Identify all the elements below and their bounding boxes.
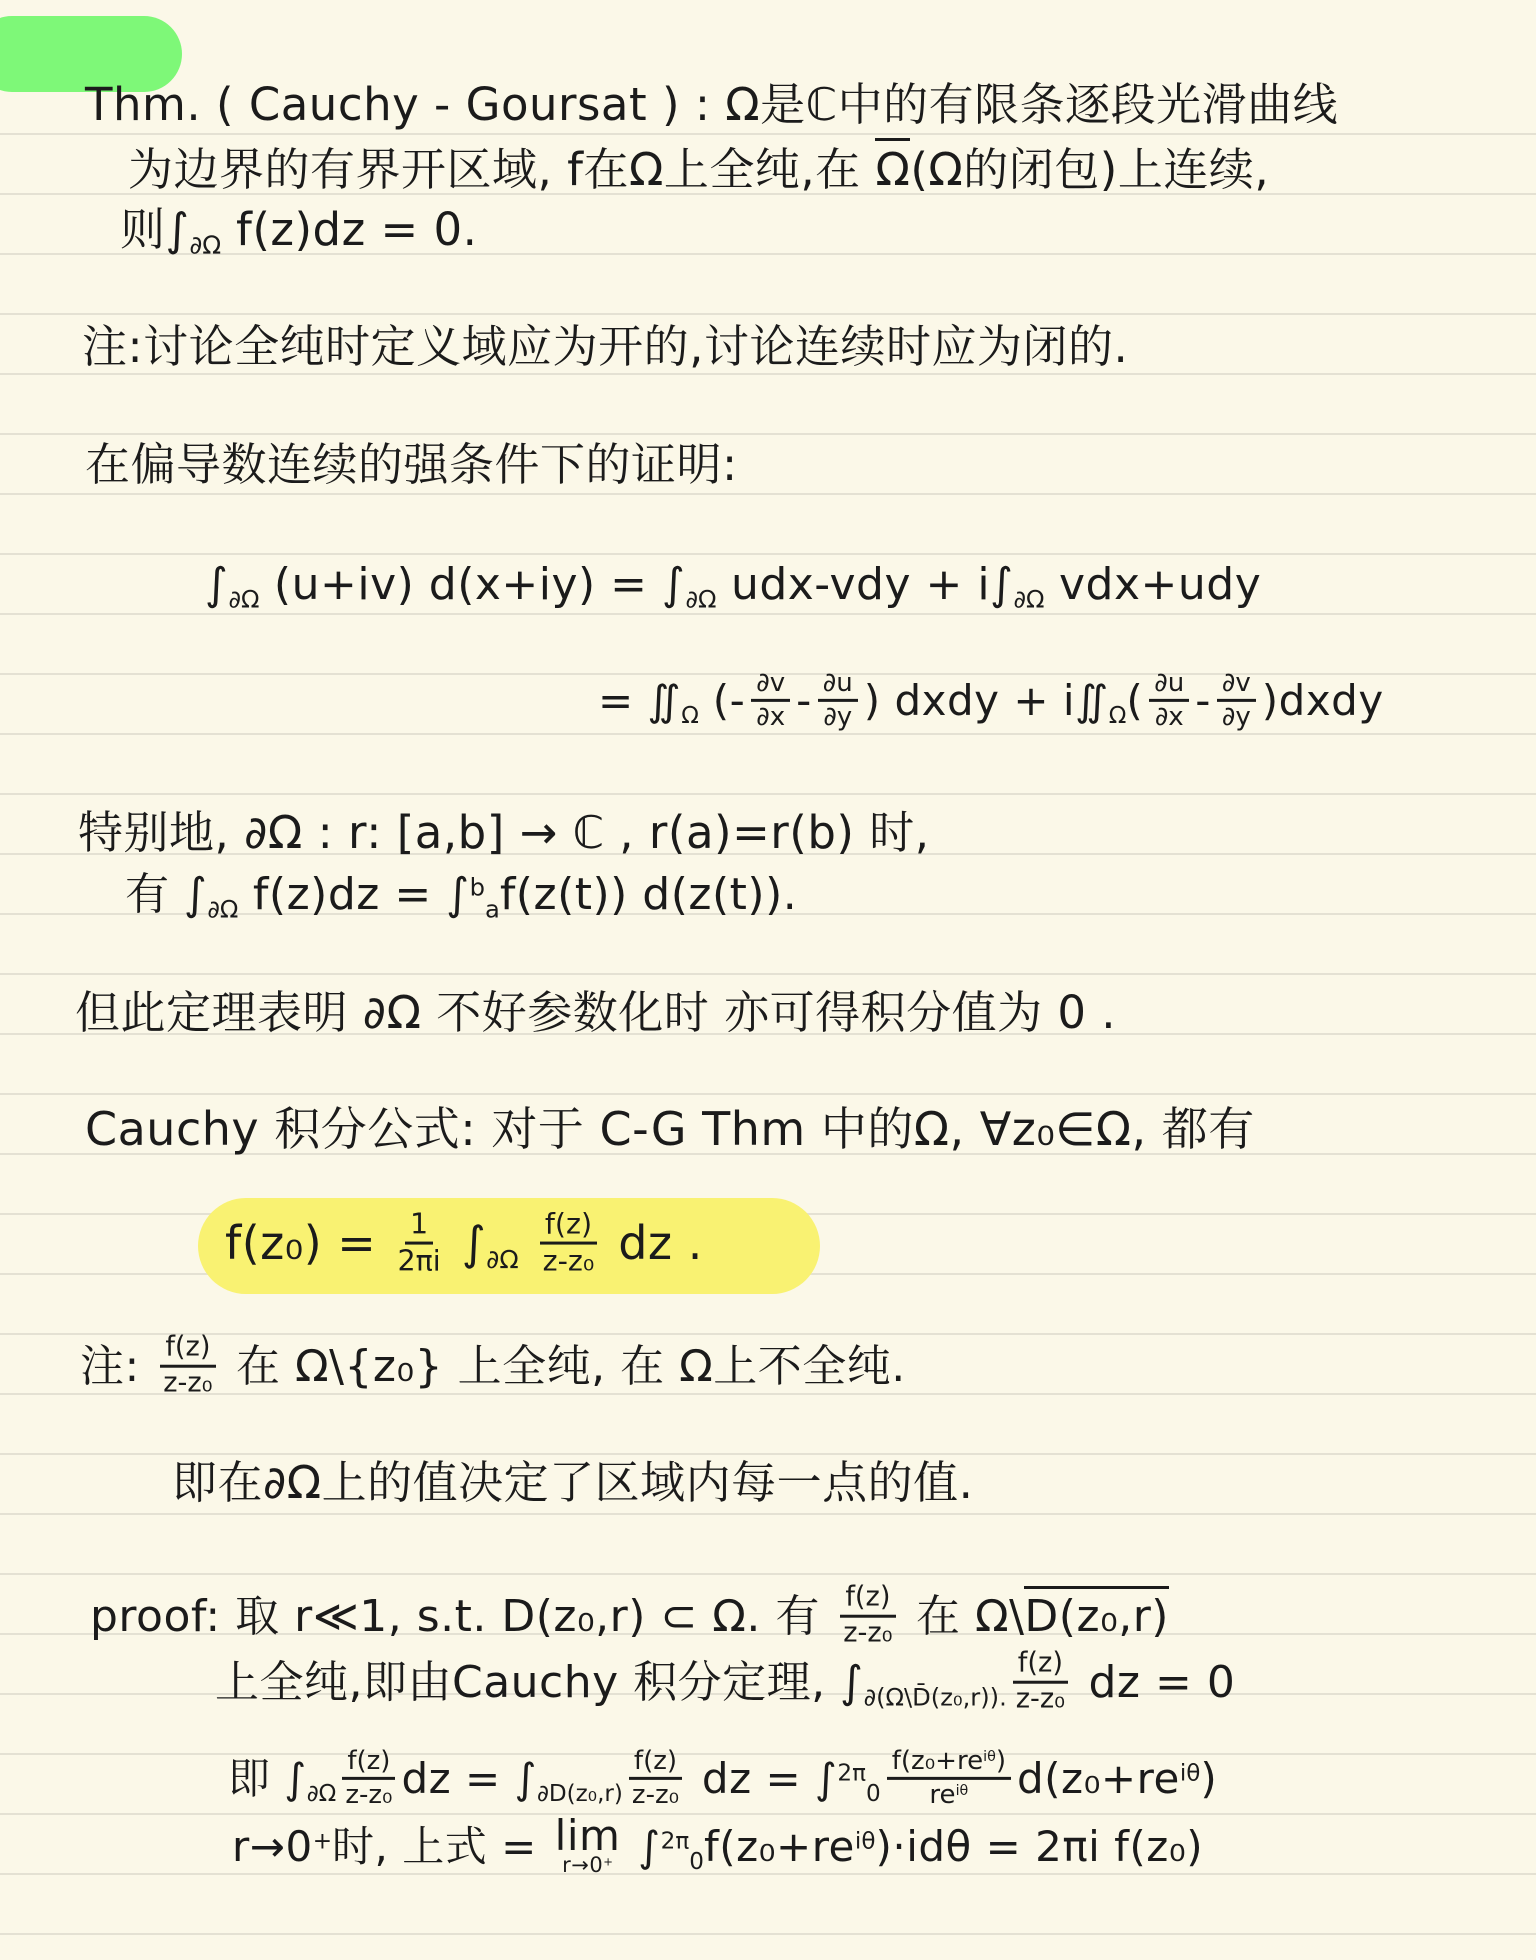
math-text: 在 Ω\{z₀} 上全纯, 在 Ω上不全纯. bbox=[222, 1341, 906, 1392]
strong-condition-proof-intro: 在偏导数连续的强条件下的证明: bbox=[85, 436, 738, 495]
math-text: - bbox=[1195, 676, 1211, 725]
fraction: f(z)z-z₀ bbox=[160, 1333, 215, 1399]
fraction-numerator: ∂u bbox=[818, 669, 858, 702]
fraction-numerator: f(z) bbox=[540, 1209, 597, 1245]
math-text: Cauchy 积分公式: 对于 C-G Thm 中的Ω, ∀z₀∈Ω, 都有 bbox=[85, 1102, 1255, 1156]
remark-holomorphic-except-z0: 注: f(z)z-z₀ 在 Ω\{z₀} 上全纯, 在 Ω上不全纯. bbox=[80, 1336, 906, 1402]
fraction: f(z)z-z₀ bbox=[1013, 1649, 1068, 1715]
math-text: f(z₀) = bbox=[225, 1216, 391, 1270]
fraction-numerator: 1 bbox=[405, 1209, 433, 1245]
cauchy-integral-formula: f(z₀) = 12πi ∫∂Ω f(z)z-z₀ dz . bbox=[225, 1212, 703, 1281]
math-text: 在偏导数连续的强条件下的证明: bbox=[85, 438, 738, 491]
math-text: - bbox=[796, 676, 812, 725]
limit-subscript: r→0+ bbox=[562, 1856, 613, 1876]
parametrized-integral: 有 ∫∂Ω f(z)dz = ∫baf(z(t)) d(z(t)). bbox=[125, 866, 797, 926]
math-text: 但此定理表明 ∂Ω 不好参数化时 亦可得积分值为 0 . bbox=[75, 986, 1116, 1039]
cauchy-formula-intro: Cauchy 积分公式: 对于 C-G Thm 中的Ω, ∀z₀∈Ω, 都有 bbox=[85, 1100, 1255, 1160]
overline-closure: Ω bbox=[875, 138, 910, 196]
remark-unparametrizable: 但此定理表明 ∂Ω 不好参数化时 亦可得积分值为 0 . bbox=[75, 984, 1116, 1043]
thm-statement-2: 为边界的有界开区域, f在Ω上全纯,在 Ω(Ω的闭包)上连续, bbox=[128, 141, 1269, 200]
fraction: ∂u∂y bbox=[818, 669, 858, 732]
fraction: f(z₀+reiθ)reiθ bbox=[887, 1747, 1011, 1810]
proof-line-4: r→0+时, 上式 = limr→0+ ∫2π0f(z₀+reiθ)·idθ =… bbox=[232, 1820, 1203, 1880]
fraction-denominator: z-z₀ bbox=[843, 1617, 892, 1649]
math-text: 在 Ω\ bbox=[902, 1591, 1025, 1642]
proof-line-3: 即 ∫∂Ωf(z)z-z₀dz = ∫∂D(z₀,r)f(z)z-z₀ dz =… bbox=[228, 1750, 1217, 1813]
thm-conclusion: 则∫∂Ω f(z)dz = 0. bbox=[120, 201, 477, 262]
fraction-denominator: z-z₀ bbox=[163, 1367, 212, 1399]
notebook-page: Thm. ( Cauchy - Goursat ) : Ω是ℂ中的有限条逐段光滑… bbox=[0, 0, 1536, 1960]
fraction-denominator: z-z₀ bbox=[632, 1780, 679, 1810]
math-text: (Ω的闭包)上连续, bbox=[910, 143, 1269, 196]
proof-line-1: proof: 取 r≪1, s.t. D(z₀,r) ⊂ Ω. 有 f(z)z-… bbox=[90, 1586, 1169, 1652]
fraction: f(z)z-z₀ bbox=[840, 1583, 895, 1649]
boundary-integral-expansion: ∫∂Ω (u+iv) d(x+iy) = ∫∂Ω udx-vdy + i∫∂Ω … bbox=[205, 556, 1261, 616]
math-text: 注:讨论全纯时定义域应为开的,讨论连续时应为闭的. bbox=[82, 320, 1128, 373]
fraction-numerator: ∂v bbox=[751, 669, 790, 702]
math-text: dz = ∫2π0 bbox=[688, 1754, 881, 1803]
math-text: dz = 0 bbox=[1074, 1657, 1235, 1708]
math-text: 特别地, ∂Ω : r: [a,b] → ℂ , r(a)=r(b) 时, bbox=[78, 806, 930, 859]
math-text: 上全纯,即由Cauchy 积分定理, ∫∂(Ω\D̄(z₀,r)). bbox=[215, 1657, 1007, 1708]
limit-operator: lim bbox=[555, 1816, 621, 1856]
double-integral-expansion: = ∬Ω (-∂v∂x-∂u∂y) dxdy + i∬Ω(∂u∂x-∂v∂y)d… bbox=[598, 672, 1384, 735]
fraction-numerator: ∂v bbox=[1217, 669, 1256, 702]
math-text: 有 ∫∂Ω f(z)dz = ∫baf(z(t)) d(z(t)). bbox=[125, 869, 797, 920]
fraction-numerator: ∂u bbox=[1149, 669, 1189, 702]
fraction: f(z)z-z₀ bbox=[629, 1747, 682, 1810]
fraction-numerator: f(z) bbox=[160, 1333, 215, 1368]
math-text: 注: bbox=[80, 1341, 154, 1392]
math-text: 即在∂Ω上的值决定了区域内每一点的值. bbox=[172, 1456, 973, 1509]
math-text: Thm. ( Cauchy - Goursat ) : Ω是ℂ中的有限条逐段光滑… bbox=[85, 78, 1338, 131]
fraction-numerator: f(z₀+reiθ) bbox=[887, 1747, 1011, 1780]
fraction: f(z)z-z₀ bbox=[540, 1209, 597, 1278]
math-text: dz . bbox=[603, 1216, 703, 1270]
math-text: 则∫∂Ω f(z)dz = 0. bbox=[120, 203, 477, 256]
fraction: 12πi bbox=[397, 1209, 440, 1278]
fraction-numerator: f(z) bbox=[1013, 1649, 1068, 1684]
fraction-denominator: z-z₀ bbox=[543, 1245, 595, 1278]
math-text: ∫∂Ω bbox=[447, 1216, 534, 1270]
math-text: dz = ∫∂D(z₀,r) bbox=[401, 1754, 622, 1803]
math-text: proof: 取 r≪1, s.t. D(z₀,r) ⊂ Ω. 有 bbox=[90, 1591, 834, 1642]
fraction-numerator: f(z) bbox=[629, 1747, 682, 1780]
fraction: ∂u∂x bbox=[1149, 669, 1189, 732]
boundary-determines-interior: 即在∂Ω上的值决定了区域内每一点的值. bbox=[172, 1454, 973, 1513]
proof-line-2: 上全纯,即由Cauchy 积分定理, ∫∂(Ω\D̄(z₀,r)).f(z)z-… bbox=[215, 1652, 1235, 1718]
math-text: ) dxdy + i∬Ω( bbox=[864, 676, 1144, 725]
fraction: f(z)z-z₀ bbox=[342, 1747, 395, 1810]
fraction-denominator: ∂y bbox=[823, 702, 852, 732]
fraction: ∂v∂x bbox=[751, 669, 790, 732]
fraction-denominator: 2πi bbox=[397, 1245, 440, 1278]
math-text: )dxdy bbox=[1262, 676, 1384, 725]
thm-statement-1: Thm. ( Cauchy - Goursat ) : Ω是ℂ中的有限条逐段光滑… bbox=[85, 76, 1338, 135]
math-text: ∫2π0f(z₀+reiθ)·idθ = 2πi f(z₀) bbox=[624, 1822, 1203, 1871]
limit-stack: limr→0+ bbox=[555, 1816, 621, 1876]
fraction-numerator: f(z) bbox=[342, 1747, 395, 1780]
math-text: r→0+时, 上式 = bbox=[232, 1822, 551, 1871]
math-text: 为边界的有界开区域, f在Ω上全纯,在 bbox=[128, 143, 875, 196]
note-lines: Thm. ( Cauchy - Goursat ) : Ω是ℂ中的有限条逐段光滑… bbox=[0, 0, 1536, 1960]
fraction-numerator: f(z) bbox=[840, 1583, 895, 1618]
fraction-denominator: ∂y bbox=[1222, 702, 1251, 732]
fraction-denominator: ∂x bbox=[756, 702, 785, 732]
fraction-denominator: ∂x bbox=[1155, 702, 1184, 732]
parametrization-case: 特别地, ∂Ω : r: [a,b] → ℂ , r(a)=r(b) 时, bbox=[78, 804, 930, 863]
math-text: ∫∂Ω (u+iv) d(x+iy) = ∫∂Ω udx-vdy + i∫∂Ω … bbox=[205, 559, 1261, 610]
overline-closure: D(z₀,r) bbox=[1024, 1586, 1169, 1642]
math-text: d(z₀+reiθ) bbox=[1017, 1754, 1217, 1803]
fraction-denominator: z-z₀ bbox=[1016, 1683, 1065, 1715]
fraction-denominator: z-z₀ bbox=[345, 1780, 392, 1810]
math-text: 即 ∫∂Ω bbox=[228, 1754, 336, 1803]
fraction-denominator: reiθ bbox=[929, 1780, 968, 1810]
math-text: = ∬Ω (- bbox=[598, 676, 745, 725]
remark-open-closed: 注:讨论全纯时定义域应为开的,讨论连续时应为闭的. bbox=[82, 318, 1128, 377]
fraction: ∂v∂y bbox=[1217, 669, 1256, 732]
